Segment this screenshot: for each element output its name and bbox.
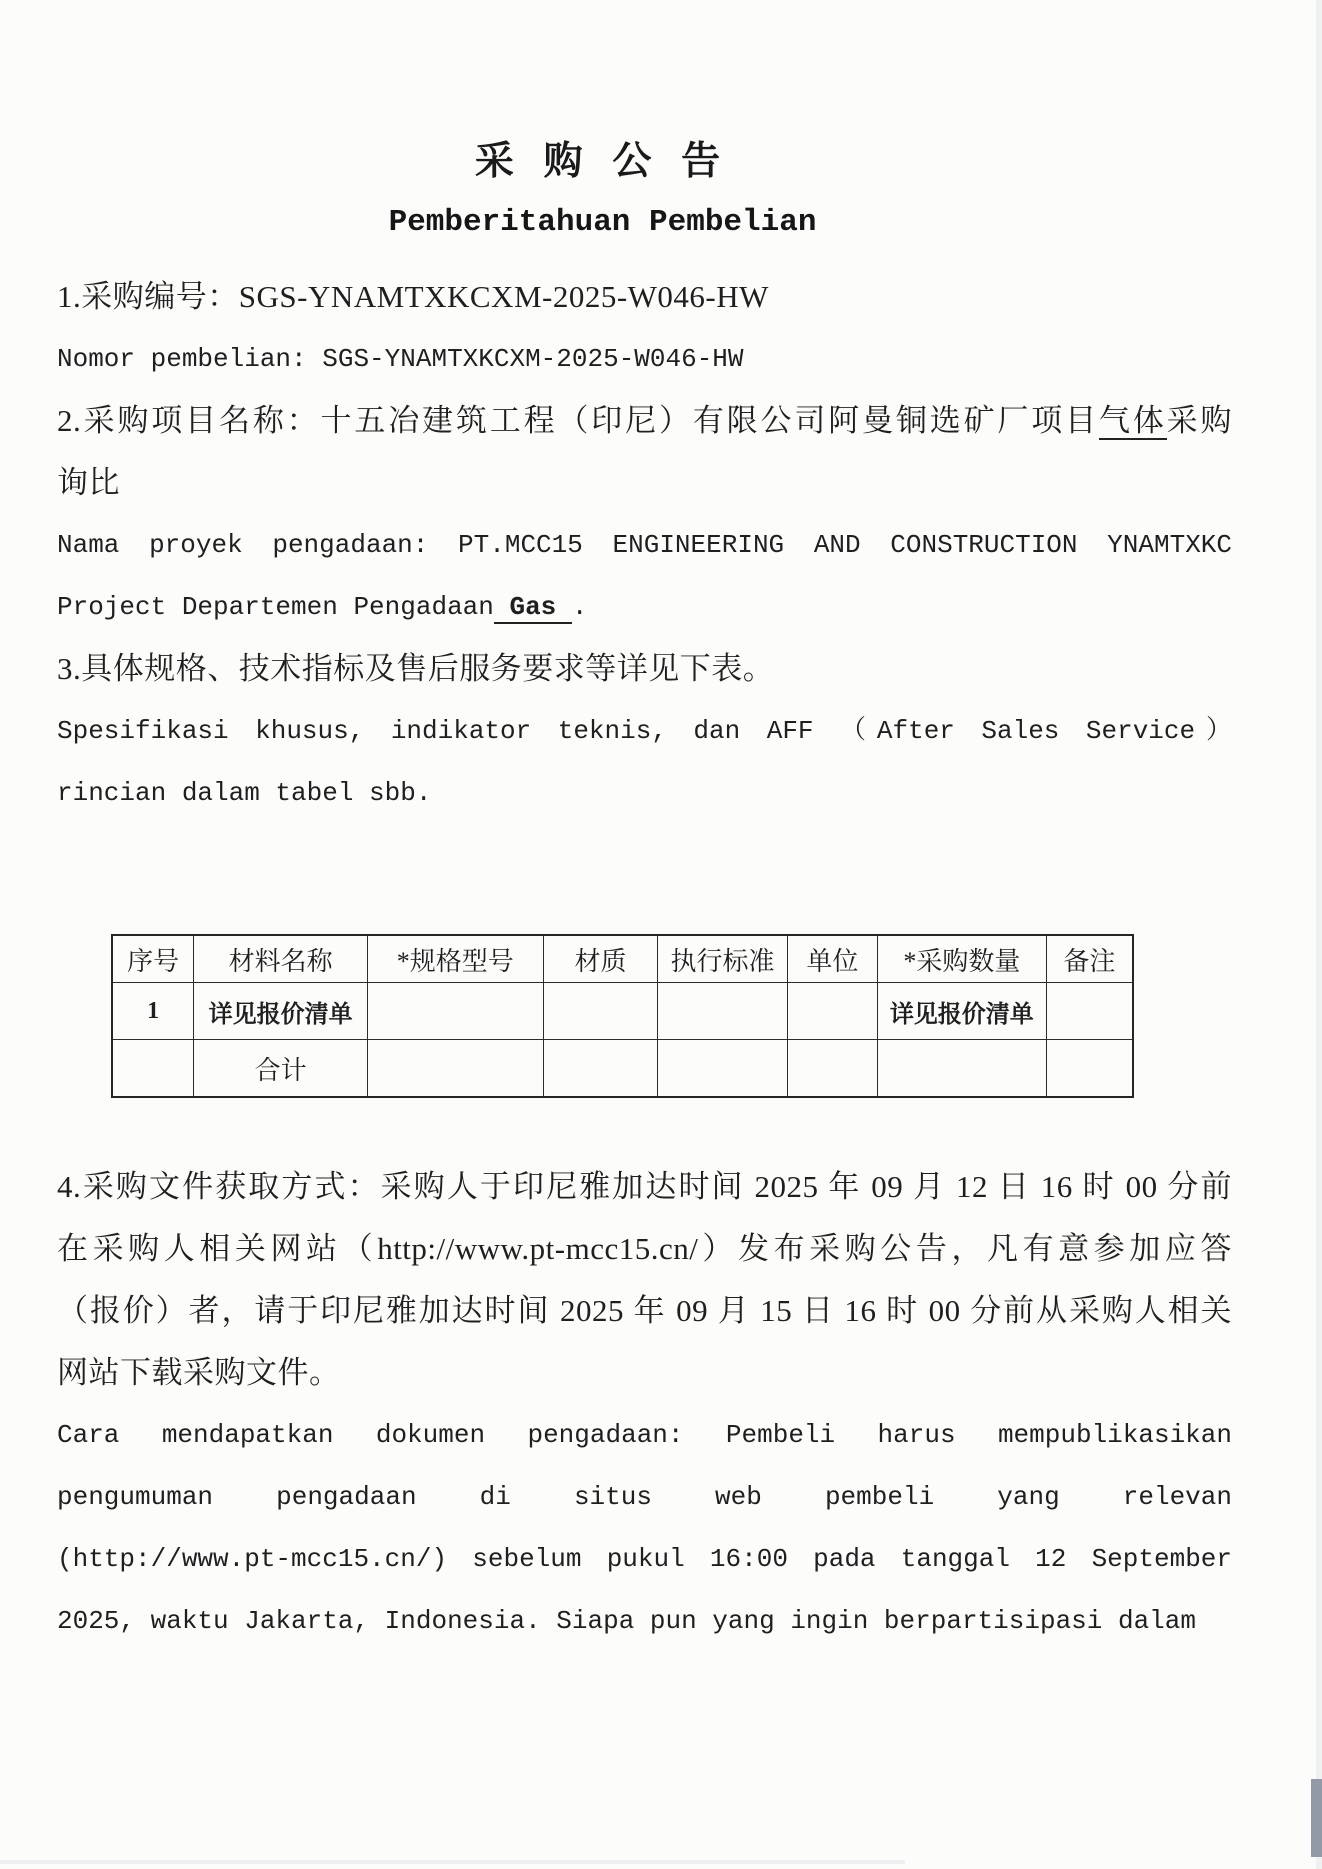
header-spec-model: *规格型号 bbox=[367, 935, 543, 983]
header-unit: 单位 bbox=[787, 935, 877, 983]
cell-exec-standard bbox=[658, 983, 787, 1040]
cell-spec-model bbox=[367, 983, 543, 1040]
cell-purchase-qty: 详见报价清单 bbox=[877, 983, 1046, 1040]
cell-remarks bbox=[1046, 1040, 1133, 1098]
line-doc-access-zh-2: 在采购人相关网站（http://www.pt-mcc15.cn/）发布采购公告，… bbox=[57, 1218, 1232, 1280]
text-run: Project Departemen Pengadaan bbox=[57, 592, 494, 622]
text-run: （报价）者，请于印尼雅加达时间 2025 年 09 月 15 日 16 时 00… bbox=[57, 1293, 1232, 1328]
text-run: (http://www.pt-mcc15.cn/) sebelum pukul … bbox=[57, 1544, 1232, 1574]
line-project-name-zh-2: 询比 bbox=[57, 452, 1232, 514]
cell-remarks bbox=[1046, 983, 1133, 1040]
header-material-name: 材料名称 bbox=[194, 935, 368, 983]
text-run: 询比 bbox=[57, 465, 120, 500]
scan-edge-corner bbox=[1311, 1779, 1322, 1857]
spacer bbox=[57, 1098, 1232, 1156]
text-run: Nomor pembelian: SGS-YNAMTXKCXM-2025-W04… bbox=[57, 344, 744, 374]
document-title: 采 购 公 告 bbox=[15, 138, 1190, 186]
cell-exec-standard bbox=[658, 1040, 787, 1098]
document-subtitle: Pemberitahuan Pembelian bbox=[15, 200, 1190, 246]
document-body: 1.采购编号：SGS-YNAMTXKCXM-2025-W046-HW Nomor… bbox=[57, 266, 1232, 1652]
line-spec-note-id-2: rincian dalam tabel sbb. bbox=[57, 762, 1232, 824]
line-doc-access-zh-1: 4.采购文件获取方式：采购人于印尼雅加达时间 2025 年 09 月 12 日 … bbox=[57, 1156, 1232, 1218]
line-project-name-id-2: Project Departemen Pengadaan Gas . bbox=[57, 576, 1232, 638]
line-doc-access-id-2: pengumuman pengadaan di situs web pembel… bbox=[57, 1466, 1232, 1528]
underlined-term-gas-id: Gas bbox=[494, 592, 572, 624]
line-doc-access-id-4: 2025, waktu Jakarta, Indonesia. Siapa pu… bbox=[57, 1590, 1232, 1652]
line-procurement-number-zh: 1.采购编号：SGS-YNAMTXKCXM-2025-W046-HW bbox=[57, 266, 1232, 328]
table-row: 1 详见报价清单 详见报价清单 bbox=[112, 983, 1133, 1040]
text-run: Cara mendapatkan dokumen pengadaan: Pemb… bbox=[57, 1420, 1232, 1450]
cell-material bbox=[543, 1040, 658, 1098]
text-run: . bbox=[572, 592, 588, 622]
line-procurement-number-id: Nomor pembelian: SGS-YNAMTXKCXM-2025-W04… bbox=[57, 328, 1232, 390]
text-run: Spesifikasi khusus, indikator teknis, da… bbox=[57, 716, 1232, 746]
text-run: 3.具体规格、技术指标及售后服务要求等详见下表。 bbox=[57, 651, 774, 686]
text-run: pengumuman pengadaan di situs web pembel… bbox=[57, 1482, 1232, 1512]
line-spec-note-id-1: Spesifikasi khusus, indikator teknis, da… bbox=[57, 700, 1232, 762]
scan-edge-bottom bbox=[0, 1860, 905, 1864]
cell-unit bbox=[787, 1040, 877, 1098]
header-purchase-qty: *采购数量 bbox=[877, 935, 1046, 983]
text-run: 4.采购文件获取方式：采购人于印尼雅加达时间 2025 年 09 月 12 日 … bbox=[57, 1169, 1232, 1204]
line-spec-note-zh: 3.具体规格、技术指标及售后服务要求等详见下表。 bbox=[57, 638, 1232, 700]
text-run: rincian dalam tabel sbb. bbox=[57, 778, 431, 808]
line-doc-access-id-3: (http://www.pt-mcc15.cn/) sebelum pukul … bbox=[57, 1528, 1232, 1590]
line-doc-access-zh-3: （报价）者，请于印尼雅加达时间 2025 年 09 月 15 日 16 时 00… bbox=[57, 1280, 1232, 1342]
table-row-total: 合计 bbox=[112, 1040, 1133, 1098]
text-run: 2025, waktu Jakarta, Indonesia. Siapa pu… bbox=[57, 1606, 1196, 1636]
document-content: 采 购 公 告 Pemberitahuan Pembelian 1.采购编号：S… bbox=[0, 0, 1322, 1652]
cell-total-label: 合计 bbox=[194, 1040, 368, 1098]
text-run: Nama proyek pengadaan: PT.MCC15 ENGINEER… bbox=[57, 530, 1232, 560]
line-doc-access-zh-4: 网站下载采购文件。 bbox=[57, 1342, 1232, 1404]
cell-unit bbox=[787, 983, 877, 1040]
cell-spec-model bbox=[367, 1040, 543, 1098]
cell-material bbox=[543, 983, 658, 1040]
table-header-row: 序号 材料名称 *规格型号 材质 执行标准 单位 *采购数量 备注 bbox=[112, 935, 1133, 983]
underlined-term-gas-zh: 气体 bbox=[1099, 403, 1167, 440]
scanned-document-page: 采 购 公 告 Pemberitahuan Pembelian 1.采购编号：S… bbox=[0, 0, 1322, 1869]
specification-table: 序号 材料名称 *规格型号 材质 执行标准 单位 *采购数量 备注 1 详见报价… bbox=[111, 934, 1134, 1098]
scan-edge-right bbox=[1316, 0, 1322, 1869]
cell-serial-no bbox=[112, 1040, 194, 1098]
header-exec-standard: 执行标准 bbox=[658, 935, 787, 983]
cell-purchase-qty bbox=[877, 1040, 1046, 1098]
text-run: 网站下载采购文件。 bbox=[57, 1355, 341, 1390]
text-run: 1.采购编号：SGS-YNAMTXKCXM-2025-W046-HW bbox=[57, 279, 769, 314]
cell-material-name: 详见报价清单 bbox=[194, 983, 368, 1040]
text-run: 2.采购项目名称：十五冶建筑工程（印尼）有限公司阿曼铜选矿厂项目 bbox=[57, 403, 1099, 438]
cell-serial-no: 1 bbox=[112, 983, 194, 1040]
line-project-name-id-1: Nama proyek pengadaan: PT.MCC15 ENGINEER… bbox=[57, 514, 1232, 576]
text-run: 在采购人相关网站（http://www.pt-mcc15.cn/）发布采购公告，… bbox=[57, 1231, 1232, 1266]
line-doc-access-id-1: Cara mendapatkan dokumen pengadaan: Pemb… bbox=[57, 1404, 1232, 1466]
text-run: 采购 bbox=[1167, 403, 1232, 438]
header-material: 材质 bbox=[543, 935, 658, 983]
header-remarks: 备注 bbox=[1046, 935, 1133, 983]
line-project-name-zh-1: 2.采购项目名称：十五冶建筑工程（印尼）有限公司阿曼铜选矿厂项目气体采购 bbox=[57, 390, 1232, 452]
header-serial-no: 序号 bbox=[112, 935, 194, 983]
